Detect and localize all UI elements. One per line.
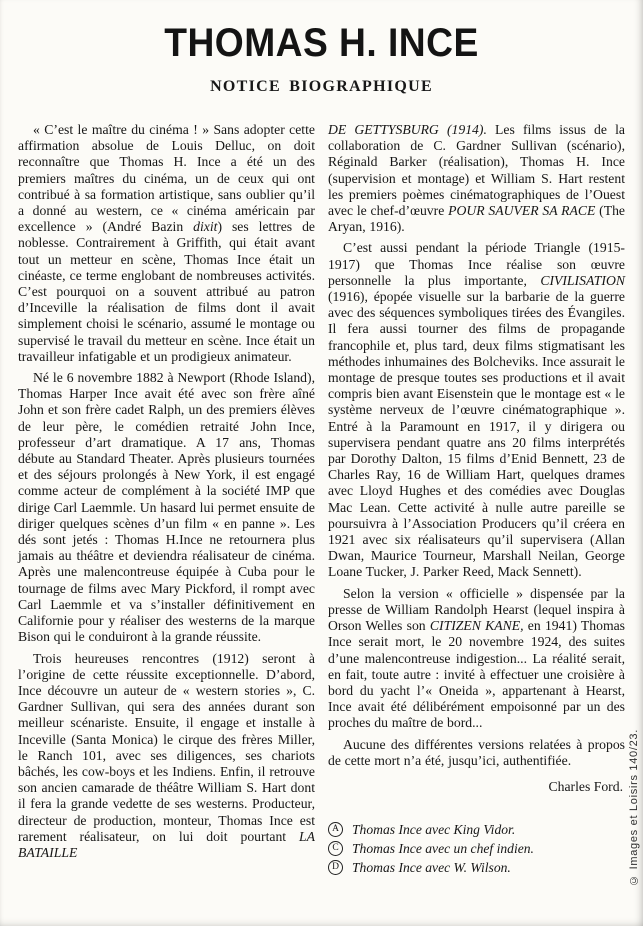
photo-captions: A Thomas Ince avec King Vidor. C Thomas … [328, 822, 625, 875]
card-header: THOMAS H. INCE NOTICE BIOGRAPHIQUE [0, 0, 643, 96]
paragraph-gettysburg: DE GETTYSBURG (1914). Les films issus de… [328, 122, 625, 235]
caption-text: Thomas Ince avec W. Wilson. [352, 860, 511, 875]
circled-letter-d-icon: D [328, 860, 343, 875]
caption-item: A Thomas Ince avec King Vidor. [328, 822, 625, 837]
paragraph-triangle: C’est aussi pendant la période Triangle … [328, 240, 625, 580]
circled-letter-c-icon: C [328, 841, 343, 856]
paragraph-youth: Né le 6 novembre 1882 à Newport (Rhode I… [18, 370, 315, 645]
paragraph-death: Selon la version « officielle » dispensé… [328, 586, 625, 732]
page-title: THOMAS H. INCE [23, 22, 621, 64]
paragraph-encounters: Trois heureuses rencontres (1912) seront… [18, 651, 315, 862]
right-column: DE GETTYSBURG (1914). Les films issus de… [328, 122, 625, 879]
caption-text: Thomas Ince avec un chef indien. [352, 841, 534, 856]
left-column: « C’est le maître du cinéma ! » Sans ado… [18, 122, 315, 879]
paragraph-conclusion: Aucune des différentes versions relatées… [328, 737, 625, 769]
paragraph-intro: « C’est le maître du cinéma ! » Sans ado… [18, 122, 315, 365]
caption-text: Thomas Ince avec King Vidor. [352, 822, 515, 837]
caption-item: D Thomas Ince avec W. Wilson. [328, 860, 625, 875]
page-subtitle: NOTICE BIOGRAPHIQUE [0, 78, 643, 96]
biography-card: THOMAS H. INCE NOTICE BIOGRAPHIQUE « C’e… [0, 0, 643, 926]
author-signature: Charles Ford. [328, 779, 623, 795]
caption-item: C Thomas Ince avec un chef indien. [328, 841, 625, 856]
copyright-credit: © Images et Loisirs 140/23. [628, 729, 640, 886]
two-column-text: « C’est le maître du cinéma ! » Sans ado… [18, 122, 625, 879]
circled-letter-a-icon: A [328, 822, 343, 837]
